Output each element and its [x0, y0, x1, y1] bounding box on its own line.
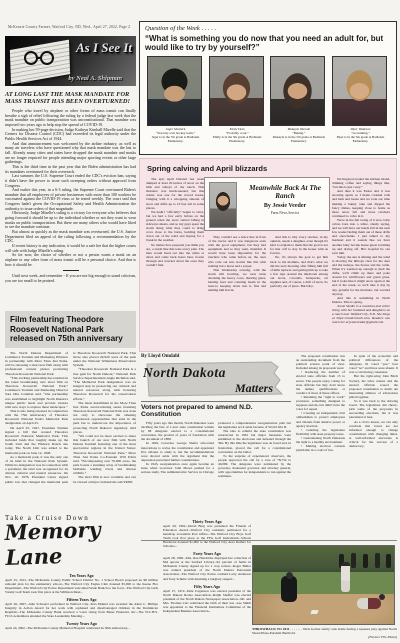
article-paragraph: The epic April blizzard last week dumped…	[146, 177, 204, 210]
glasses-icon	[23, 50, 57, 66]
article-paragraph: No matter how prepared you think you are…	[146, 243, 204, 268]
article-paragraph: • Guaranteeing North Dakotans the right …	[296, 436, 345, 444]
caption-credit: (Farmer File Photo)	[252, 635, 397, 639]
article-paragraph: But the right-wing John Birch Society, t…	[349, 374, 398, 399]
runner-helmet	[379, 594, 385, 600]
article-paragraph: We lingered around the kitchen island, d…	[332, 177, 390, 189]
qow-question: “What is something you do now that you n…	[145, 34, 391, 52]
qow-caption: Jager Shattuck “Start my own hockey team…	[147, 128, 204, 144]
column-logo-title: As I See It	[76, 40, 132, 56]
article-paragraph: As a civics lesson, we can only conclude…	[349, 420, 398, 449]
player-figure	[351, 553, 356, 568]
person-detail: Emily is in the 5th grade at Badlands El…	[209, 136, 266, 144]
article-paragraph: This is also being released in conjuncti…	[5, 409, 68, 426]
catcher-figure	[281, 576, 297, 602]
question-of-the-week-box: Question of the Week . . . . . “What is …	[139, 21, 397, 155]
ranch-body: Meanwhile Back At The Ranch By Jessie Ve…	[140, 175, 396, 345]
banner-text: Meanwhile Back At The Ranch By Jessie Ve…	[241, 178, 329, 230]
memory-section-text: April 27, 1972...Dale Jorgenson was elec…	[163, 589, 251, 613]
article-paragraph: So it was back to the drawing board. The…	[349, 399, 398, 419]
qow-kicker: Question of the Week . . . . .	[145, 25, 391, 32]
article-paragraph: Today, the sun is shining and the wind i…	[332, 255, 390, 296]
throwback-photo	[252, 545, 395, 625]
person-detail: Makayla is in the 5th grade at Badlands …	[270, 136, 327, 144]
article-paragraph: The short film is now available and can …	[73, 475, 136, 483]
qow-person: Emily Dees “Probably cook.” Emily is in …	[209, 56, 266, 144]
player-figure	[363, 554, 368, 568]
portrait-photo	[147, 56, 202, 126]
person-detail: Jager is in the 7th grade at Badlands El…	[147, 136, 204, 144]
as-i-see-it-logo: As I See It by Neal A. Shipman	[5, 36, 136, 86]
ranch-column-1: The epic April blizzard last week dumped…	[146, 177, 204, 345]
author-bio: Jessie Veeder is a musician and writer l…	[332, 304, 390, 324]
nd-matters-left-body: Fifty years ago this month, North Dakota…	[141, 421, 291, 511]
photo-grass-field	[253, 572, 395, 594]
article-paragraph: But almost as quickly as the mask mandat…	[5, 230, 136, 244]
article-paragraph: Obviously, Judge Mizelle's ruling is a v…	[5, 211, 136, 230]
meanwhile-back-at-the-ranch-banner: Meanwhile Back At The Ranch By Jessie Ve…	[204, 177, 330, 231]
article-paragraph: The idea to rebuild the state constituti…	[218, 429, 291, 454]
article-paragraph: The latest installment in the More Than …	[73, 401, 136, 434]
article-paragraph: And this is why every rancher, in my opi…	[270, 235, 328, 255]
logo-script-line1: North Dakota	[143, 365, 289, 381]
portrait-photo	[209, 56, 264, 126]
trnp-body: The North Dakota Department of Commerce …	[5, 351, 136, 499]
nd-matters-article: By Lloyd Omdahl North Dakota Matters Vot…	[141, 354, 398, 511]
memory-lane-title: Memory Lane	[4, 515, 159, 570]
article-paragraph: The North Dakota Department of Commerce …	[5, 351, 68, 376]
ranch-title: Spring calving and April blizzards	[140, 159, 396, 175]
ranch-column-box: Spring calving and April blizzards Meanw…	[139, 158, 397, 352]
article-paragraph: In 1929, Governor George Shafer advocate…	[141, 441, 214, 461]
nd-matters-logo: North Dakota Matters	[141, 359, 291, 399]
qow-photo-row: Jager Shattuck “Start my own hockey team…	[145, 56, 391, 144]
article-paragraph: People who travel by airplane or other f…	[5, 109, 136, 128]
qow-person: Makayla Warude “Baking.” Makayla is in t…	[270, 56, 327, 144]
article-paragraph: “This exciting partnership has resulted …	[5, 376, 68, 409]
player-figure	[375, 553, 380, 568]
person-detail: Piper is in the 5th grade at Badlands El…	[332, 136, 389, 144]
article-paragraph: “Theodore Roosevelt National Park is a t…	[73, 367, 136, 400]
banner-title: Meanwhile Back At The Ranch	[241, 184, 329, 200]
article-paragraph: In spite of the economic and political d…	[349, 354, 398, 374]
article-paragraph: And earlier this year, in a 6-3 ruling, …	[5, 188, 136, 211]
nd-matters-right-body: The proposed constitution was an outstan…	[296, 354, 398, 506]
article-paragraph: • Making election contests justiciable i…	[296, 444, 345, 452]
article-paragraph: To the surprise of experienced observers…	[218, 454, 291, 479]
article-paragraph: They couldn't see a fence line in front …	[208, 235, 266, 268]
banner-source: Farm News Service	[241, 211, 329, 215]
memory-lane-section: Take a Cruise Down Memory Lane Ten Years…	[5, 514, 251, 643]
qow-caption: Piper Wadeson “Go hunting.” Piper is in …	[332, 128, 389, 144]
catcher-helmet	[286, 572, 293, 579]
memory-section-text: April 24, 2002...The McKenzie County Mem…	[5, 626, 158, 630]
nd-matters-headline: Voters not prepared to amend N.D. Consti…	[141, 401, 291, 418]
article-paragraph: • Retaining the “right to work” provisio…	[296, 395, 345, 411]
portrait-photo	[270, 56, 325, 126]
as-i-see-it-column: As I See It by Neal A. Shipman AT LONG L…	[5, 36, 136, 283]
sliding-runner-figure	[357, 598, 381, 609]
portrait-photo	[332, 56, 387, 126]
article-paragraph: Last summer, the U.S. Supreme Court ende…	[5, 174, 136, 188]
throwback-caption: THROWBACK TO 2011 . . . . . . . Nick Gar…	[252, 627, 397, 640]
qow-caption: Emily Dees “Probably cook.” Emily is in …	[209, 128, 266, 144]
article-paragraph: That Wednesday evening, with the storm s…	[208, 268, 266, 293]
banner-byline: By Jessie Veeder	[241, 203, 329, 209]
logo-script-line2: Matters	[235, 381, 273, 396]
batter-figure	[341, 562, 350, 592]
article-paragraph: We hadn't “officially” begun to calve, b…	[146, 210, 204, 243]
article-paragraph: And then it was Easter and it was snowin…	[332, 189, 390, 218]
article-paragraph: “We could not be more excited to share t…	[73, 434, 136, 476]
trnp-article: Film featuring Theodore Roosevelt Nation…	[5, 311, 136, 499]
memory-section-text: April 28, 1982...Mrs. Rae Hendricks disp…	[163, 556, 251, 580]
player-figure	[386, 554, 391, 568]
newspaper-page: McKenzie County Farmer, Watford City, ND…	[0, 0, 400, 643]
memory-section-text: April 25, 2012...The McKenzie County Pub…	[5, 578, 158, 594]
ranch-column-4: We lingered around the kitchen island, d…	[332, 177, 390, 345]
qow-person: Jager Shattuck “Start my own hockey team…	[147, 56, 204, 144]
qow-person: Piper Wadeson “Go hunting.” Piper is in …	[332, 56, 389, 144]
article-paragraph: • Creating an independent civil ombudsma…	[296, 411, 345, 427]
article-paragraph: • Reducing the number of elected state o…	[296, 370, 345, 395]
editorial-closing: Until next week, and remember - If you a…	[5, 274, 136, 283]
memory-lane-entries: Ten Years Ago April 25, 2012...The McKen…	[5, 570, 158, 643]
memory-section-text: April 29, 1992...David Berg was presente…	[163, 524, 251, 548]
article-paragraph: We're in the full swing of it now, baby …	[332, 218, 390, 255]
nd-matters-left: By Lloyd Omdahl North Dakota Matters Vot…	[141, 354, 291, 511]
article-paragraph: And this is something in North Dakota. T…	[332, 296, 390, 304]
editorial-body: People who travel by airplane or other f…	[5, 109, 136, 267]
article-paragraph: And that announcement was welcomed by th…	[5, 142, 136, 165]
editorial-headline: AT LONG LAST THE MASK MANDATE FOR MASS T…	[5, 91, 136, 105]
author-portrait-photo	[209, 182, 237, 228]
memory-section-text: April 26, 2007...Julie Schwartz performe…	[5, 602, 158, 618]
photo-background-trees	[253, 546, 395, 572]
article-paragraph: • Granting the legislature flexibility w…	[296, 428, 345, 436]
article-paragraph: In making her 59-page decision, Judge Ka…	[5, 128, 136, 142]
throwback-block: THROWBACK TO 2011 . . . . . . . Nick Gar…	[252, 545, 397, 640]
article-paragraph: No, it's always the goal to get him back…	[270, 255, 328, 288]
column-logo-byline: by Neal A. Shipman	[68, 75, 122, 82]
qow-caption: Makayla Warude “Baking.” Makayla is in t…	[270, 128, 327, 144]
memory-lane-logo: Take a Cruise Down Memory Lane	[5, 514, 158, 570]
article-paragraph: The proposed constitution was an outstan…	[296, 354, 345, 370]
article-paragraph: Fifty years ago this month, North Dakota…	[141, 421, 214, 441]
article-paragraph: So for now, the choice of whether or not…	[5, 253, 136, 267]
memory-lane-column-1: Take a Cruise Down Memory Lane Ten Years…	[5, 514, 158, 643]
article-paragraph: On April 25, 1947, President Truman sign…	[5, 426, 68, 455]
memory-lane-column-2: Thirty Years Ago April 29, 1992...David …	[163, 514, 251, 643]
trnp-headline: Film featuring Theodore Roosevelt Nation…	[5, 311, 136, 348]
section-divider	[63, 270, 79, 271]
page-folio: McKenzie County Farmer, Watford City, ND…	[8, 25, 130, 29]
